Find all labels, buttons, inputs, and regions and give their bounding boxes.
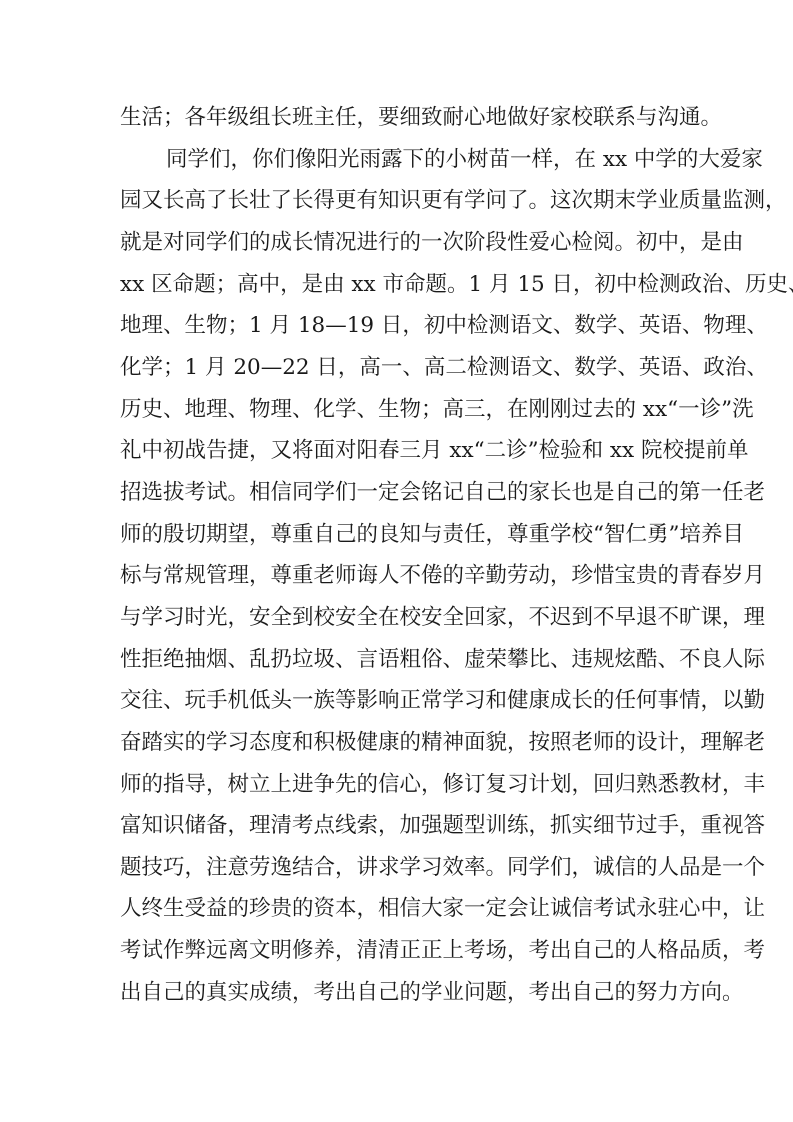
text-line: 化学；1 月 20—22 日，高一、高二检测语文、数学、英语、政治、 [120,347,676,389]
text-line: 礼中初战告捷，又将面对阳春三月 xx“二诊”检验和 xx 院校提前单 [120,430,676,472]
text-line: 地理、生物；1 月 18—19 日，初中检测语文、数学、英语、物理、 [120,305,676,347]
paragraph: 生活；各年级组长班主任，要细致耐心地做好家校联系与沟通。 [120,97,676,139]
text-line: 性拒绝抽烟、乱扔垃圾、言语粗俗、虚荣攀比、违规炫酷、不良人际 [120,639,676,681]
text-line: 历史、地理、物理、化学、生物；高三，在刚刚过去的 xx“一诊”洗 [120,389,676,431]
text-line: 同学们，你们像阳光雨露下的小树苗一样，在 xx 中学的大爱家 [120,139,676,181]
paragraph: 同学们，你们像阳光雨露下的小树苗一样，在 xx 中学的大爱家 园又长高了长壮了长… [120,139,676,1014]
text-line: xx 区命题；高中，是由 xx 市命题。1 月 15 日，初中检测政治、历史、 [120,264,676,306]
text-line: 考试作弊远离文明修养，清清正正上考场，考出自己的人格品质，考 [120,930,676,972]
text-line: 奋踏实的学习态度和积极健康的精神面貌，按照老师的设计，理解老 [120,722,676,764]
text-line: 标与常规管理，尊重老师诲人不倦的辛勤劳动，珍惜宝贵的青春岁月 [120,555,676,597]
text-line: 生活；各年级组长班主任，要细致耐心地做好家校联系与沟通。 [120,97,676,139]
text-line: 人终生受益的珍贵的资本，相信大家一定会让诚信考试永驻心中，让 [120,888,676,930]
text-line: 与学习时光，安全到校安全在校安全回家，不迟到不早退不旷课，理 [120,597,676,639]
text-line: 交往、玩手机低头一族等影响正常学习和健康成长的任何事情，以勤 [120,680,676,722]
text-line: 题技巧，注意劳逸结合，讲求学习效率。同学们，诚信的人品是一个 [120,847,676,889]
text-line: 出自己的真实成绩，考出自己的学业问题，考出自己的努力方向。 [120,972,676,1014]
text-line: 招选拔考试。相信同学们一定会铭记自己的家长也是自己的第一任老 [120,472,676,514]
text-line: 师的殷切期望，尊重自己的良知与责任，尊重学校“智仁勇”培养目 [120,514,676,556]
text-line: 园又长高了长壮了长得更有知识更有学问了。这次期末学业质量监测， [120,180,676,222]
text-line: 就是对同学们的成长情况进行的一次阶段性爱心检阅。初中，是由 [120,222,676,264]
document-page: 生活；各年级组长班主任，要细致耐心地做好家校联系与沟通。 同学们，你们像阳光雨露… [0,0,793,1122]
text-line: 富知识储备，理清考点线索，加强题型训练，抓实细节过手，重视答 [120,805,676,847]
document-body: 生活；各年级组长班主任，要细致耐心地做好家校联系与沟通。 同学们，你们像阳光雨露… [120,97,676,1013]
text-line: 师的指导，树立上进争先的信心，修订复习计划，回归熟悉教材，丰 [120,764,676,806]
